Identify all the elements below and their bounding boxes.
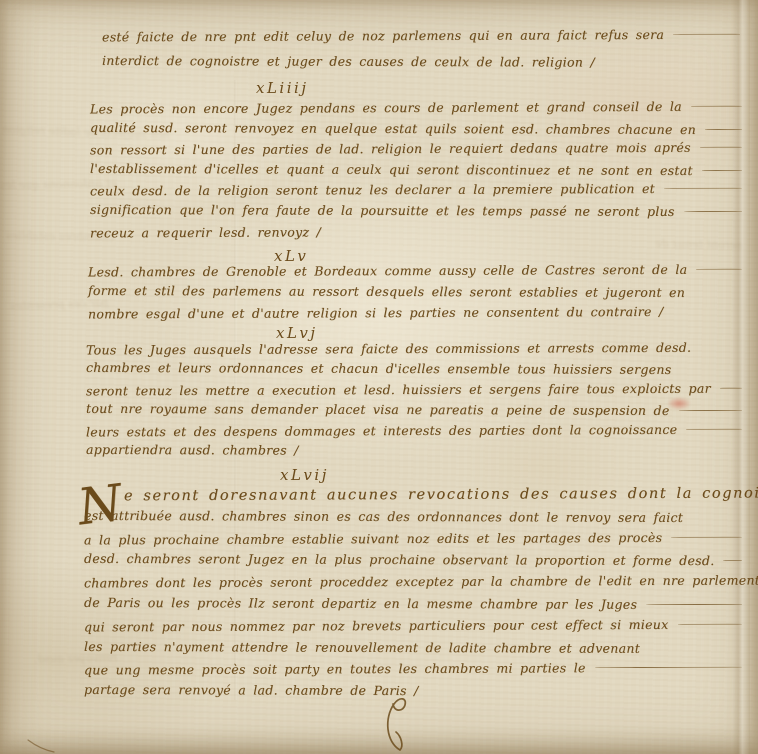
manuscript-line: nombre esgal d'une et d'autre religion s… bbox=[88, 304, 742, 328]
manuscript-line-text: partage sera renvoyé a lad. chambre de P… bbox=[84, 682, 419, 698]
manuscript-line: tout nre royaume sans demander placet vi… bbox=[86, 401, 742, 424]
corner-pen-stroke bbox=[26, 738, 56, 754]
manuscript-line-text: Lesd. chambres de Grenoble et Bordeaux c… bbox=[88, 262, 687, 280]
line-filler-stroke bbox=[684, 211, 742, 212]
manuscript-line-text: de Paris ou les procès Ilz seront depart… bbox=[84, 595, 637, 612]
manuscript-line: chambres et leurs ordonnances et chacun … bbox=[86, 360, 742, 383]
manuscript-line: son ressort si l'une des parties de lad.… bbox=[90, 140, 742, 163]
manuscript-line: forme et stil des parlemens au ressort d… bbox=[88, 283, 742, 306]
manuscript-line: appartiendra ausd. chambres / bbox=[86, 442, 742, 465]
article-paragraph: Les procès non encore Jugez pendans es c… bbox=[90, 100, 742, 244]
manuscript-line-text: son ressort si l'une des parties de lad.… bbox=[90, 140, 691, 158]
manuscript-line-text: les parties n'ayment attendre le renouve… bbox=[84, 638, 640, 655]
line-filler-stroke bbox=[679, 410, 742, 411]
manuscript-line-text: nombre esgal d'une et d'autre religion s… bbox=[88, 304, 664, 322]
manuscript-line-text: esté faicte de nre pnt edit celuy de noz… bbox=[102, 27, 664, 44]
article-paragraph: Tous les Juges ausquels l'adresse sera f… bbox=[86, 341, 742, 463]
line-filler-stroke bbox=[677, 623, 742, 624]
line-filler-stroke bbox=[720, 387, 742, 388]
manuscript-page: nos subjects de ladite religionet ordonn… bbox=[0, 0, 758, 754]
manuscript-line: Les procès non encore Jugez pendans es c… bbox=[90, 99, 742, 122]
manuscript-line: signification que l'on fera faute de la … bbox=[90, 202, 742, 225]
manuscript-line: est attribuée ausd. chambres sinon es ca… bbox=[84, 508, 742, 532]
line-filler-stroke bbox=[664, 188, 742, 189]
manuscript-line-text: leurs estats et des despens dommages et … bbox=[86, 421, 677, 439]
line-filler-stroke bbox=[691, 106, 742, 107]
manuscript-line-text: Tous les Juges ausquels l'adresse sera f… bbox=[86, 340, 691, 358]
manuscript-line: que ung mesme procès soit party en toute… bbox=[84, 660, 742, 685]
manuscript-line: chambres dont les procès seront procedde… bbox=[84, 573, 742, 598]
line-filler-stroke bbox=[700, 147, 742, 148]
manuscript-line-text: que ung mesme procès soit party en toute… bbox=[84, 661, 586, 678]
line-filler-stroke bbox=[595, 667, 742, 669]
line-filler-stroke bbox=[723, 560, 742, 561]
manuscript-line-text: appartiendra ausd. chambres / bbox=[86, 442, 299, 458]
article-paragraph: Lesd. chambres de Grenoble et Bordeaux c… bbox=[88, 263, 742, 326]
manuscript-line: e seront doresnavant aucunes revocations… bbox=[84, 486, 742, 511]
article-number-heading: xLvj bbox=[276, 324, 318, 342]
manuscript-line-text: qualité susd. seront renvoyez en quelque… bbox=[90, 119, 696, 136]
manuscript-line-text: desd. chambres seront Jugez en la plus p… bbox=[84, 551, 715, 568]
manuscript-line: esté faicte de nre pnt edit celuy de noz… bbox=[102, 27, 740, 56]
line-filler-stroke bbox=[673, 34, 740, 35]
manuscript-line: ceulx desd. de la religion seront tenuz … bbox=[90, 181, 742, 204]
manuscript-line: les parties n'ayment attendre le renouve… bbox=[84, 638, 742, 662]
manuscript-line: qualité susd. seront renvoyez en quelque… bbox=[90, 119, 742, 142]
manuscript-line: qui seront par nous nommez par noz breve… bbox=[84, 616, 742, 641]
manuscript-line: interdict de cognoistre et juger des cau… bbox=[102, 53, 740, 81]
manuscript-line-text: est attribuée ausd. chambres sinon es ca… bbox=[84, 508, 683, 525]
manuscript-line-text: chambres dont les procès seront procedde… bbox=[84, 573, 758, 591]
manuscript-line-text: signification que l'on fera faute de la … bbox=[90, 202, 675, 219]
manuscript-line: desd. chambres seront Jugez en la plus p… bbox=[84, 551, 742, 575]
manuscript-line: Lesd. chambres de Grenoble et Bordeaux c… bbox=[88, 262, 742, 286]
article-paragraph: e seront doresnavant aucunes revocations… bbox=[84, 487, 742, 705]
manuscript-line-text: qui seront par nous nommez par noz breve… bbox=[84, 617, 669, 635]
scribal-paraph-flourish bbox=[374, 692, 422, 754]
article-paragraph: esté faicte de nre pnt edit celuy de noz… bbox=[102, 28, 740, 80]
manuscript-line-text: l'establissement d'icelles et quant a ce… bbox=[90, 161, 693, 178]
manuscript-line-text: tout nre royaume sans demander placet vi… bbox=[86, 401, 670, 418]
line-filler-stroke bbox=[702, 170, 742, 171]
decorated-initial-letter: N bbox=[75, 478, 125, 533]
line-filler-stroke bbox=[696, 269, 742, 270]
manuscript-line-text: Les procès non encore Jugez pendans es c… bbox=[90, 99, 682, 117]
line-filler-stroke bbox=[686, 428, 742, 429]
manuscript-line: seront tenuz les mettre a execution et l… bbox=[86, 380, 742, 403]
line-filler-stroke bbox=[646, 604, 742, 605]
line-filler-stroke bbox=[705, 129, 742, 130]
manuscript-line: receuz a requerir lesd. renvoyz / bbox=[90, 222, 742, 245]
manuscript-line-text: ceulx desd. de la religion seront tenuz … bbox=[90, 181, 655, 198]
manuscript-line: a la plus prochaine chambre establie sui… bbox=[84, 529, 742, 554]
article-number-heading: xLiiij bbox=[256, 79, 308, 97]
manuscript-line: de Paris ou les procès Ilz seront depart… bbox=[84, 595, 742, 619]
red-ink-smudge bbox=[667, 397, 691, 410]
manuscript-line-text: chambres et leurs ordonnances et chacun … bbox=[86, 360, 672, 377]
manuscript-line-text: receuz a requerir lesd. renvoyz / bbox=[90, 224, 321, 240]
manuscript-line-text: a la plus prochaine chambre establie sui… bbox=[84, 530, 662, 548]
manuscript-line-text: forme et stil des parlemens au ressort d… bbox=[88, 283, 685, 300]
manuscript-line-text: e seront doresnavant aucunes revocations… bbox=[124, 485, 758, 504]
manuscript-line: leurs estats et des despens dommages et … bbox=[86, 421, 742, 444]
manuscript-line-text: seront tenuz les mettre a execution et l… bbox=[86, 380, 711, 398]
line-filler-stroke bbox=[671, 536, 742, 537]
manuscript-line-text: interdict de cognoistre et juger des cau… bbox=[102, 53, 595, 70]
article-number-heading: xLvij bbox=[280, 466, 329, 484]
